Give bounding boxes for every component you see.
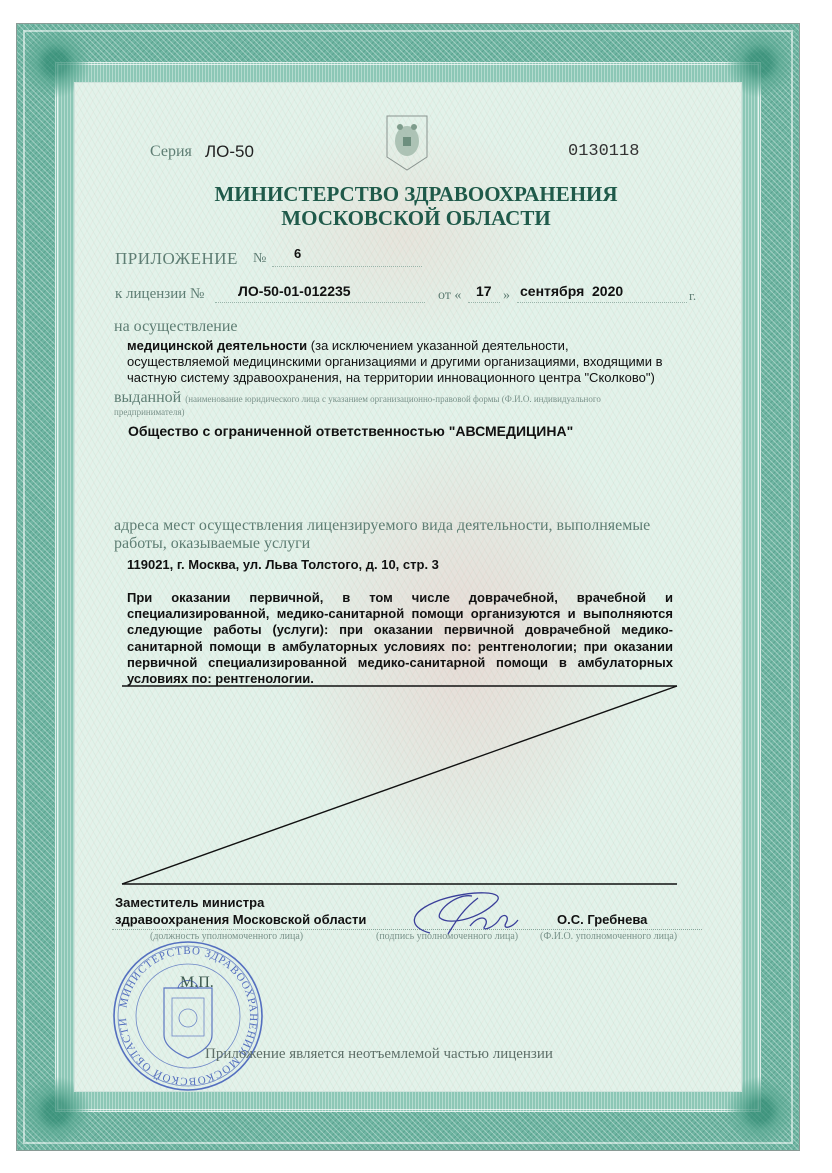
mp-label: М.П. [180, 974, 214, 992]
position-line1: Заместитель министра [115, 895, 264, 910]
svg-text:МИНИСТЕРСТВО ЗДРАВООХРАНЕНИЯ М: МИНИСТЕРСТВО ЗДРАВООХРАНЕНИЯ МОСКОВСКОЙ … [117, 945, 259, 1087]
caption-name: (Ф.И.О. уполномоченного лица) [540, 931, 677, 942]
handwritten-signature-icon [400, 888, 530, 948]
footer-note: Приложение является неотъемлемой частью … [205, 1046, 553, 1063]
stamp-ring-text: МИНИСТЕРСТВО ЗДРАВООХРАНЕНИЯ МОСКОВСКОЙ … [117, 945, 259, 1087]
signatory-name: О.С. Гребнева [557, 912, 647, 927]
official-seal-icon: МИНИСТЕРСТВО ЗДРАВООХРАНЕНИЯ МОСКОВСКОЙ … [112, 940, 264, 1092]
position-line2: здравоохранения Московской области [115, 912, 366, 927]
